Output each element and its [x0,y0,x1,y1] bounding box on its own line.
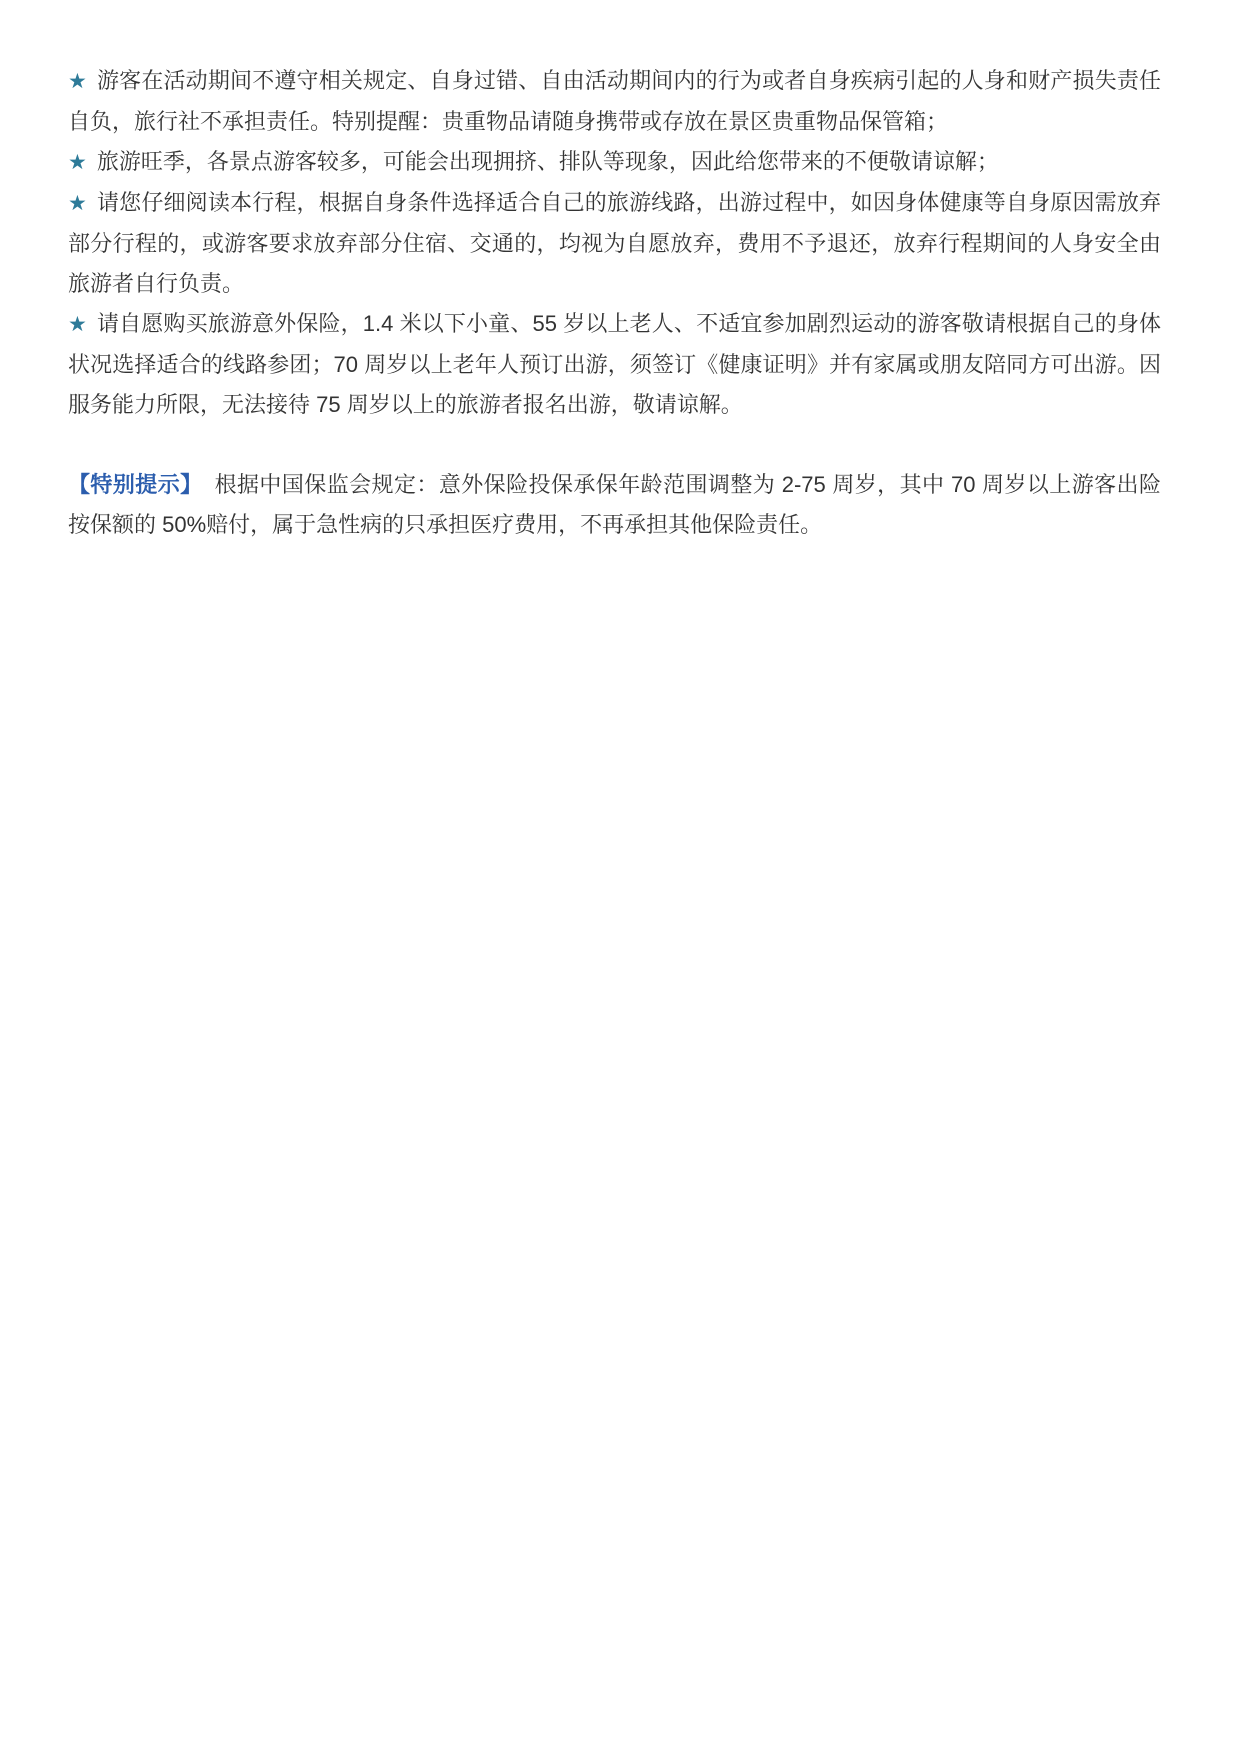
notice-text: 请自愿购买旅游意外保险，1.4 米以下小童、55 岁以上老人、不适宜参加剧烈运动… [68,311,1161,417]
notice-paragraph: ★游客在活动期间不遵守相关规定、自身过错、自由活动期间内的行为或者自身疾病引起的… [68,61,1161,142]
document-page: ★游客在活动期间不遵守相关规定、自身过错、自由活动期间内的行为或者自身疾病引起的… [0,0,1236,1747]
star-bullet-icon: ★ [68,313,87,336]
star-bullet-icon: ★ [68,192,87,215]
notice-paragraph: ★请自愿购买旅游意外保险，1.4 米以下小童、55 岁以上老人、不适宜参加剧烈运… [68,304,1161,425]
notice-text: 请您仔细阅读本行程，根据自身条件选择适合自己的旅游线路，出游过程中，如因身体健康… [68,190,1161,296]
star-bullet-icon: ★ [68,70,87,93]
star-bullet-icon: ★ [68,151,87,174]
special-notice-label: 【特别提示】 [68,472,203,497]
special-notice-text: 根据中国保监会规定：意外保险投保承保年龄范围调整为 2-75 周岁，其中 70 … [68,472,1161,537]
notice-paragraph: ★请您仔细阅读本行程，根据自身条件选择适合自己的旅游线路，出游过程中，如因身体健… [68,183,1161,304]
notice-text: 游客在活动期间不遵守相关规定、自身过错、自由活动期间内的行为或者自身疾病引起的人… [68,68,1161,134]
notice-paragraph: ★旅游旺季，各景点游客较多，可能会出现拥挤、排队等现象，因此给您带来的不便敬请谅… [68,142,1161,183]
notice-text: 旅游旺季，各景点游客较多，可能会出现拥挤、排队等现象，因此给您带来的不便敬请谅解… [97,149,999,174]
notice-text-block: ★游客在活动期间不遵守相关规定、自身过错、自由活动期间内的行为或者自身疾病引起的… [68,61,1161,545]
special-notice-paragraph: 【特别提示】根据中国保监会规定：意外保险投保承保年龄范围调整为 2-75 周岁，… [68,465,1161,545]
